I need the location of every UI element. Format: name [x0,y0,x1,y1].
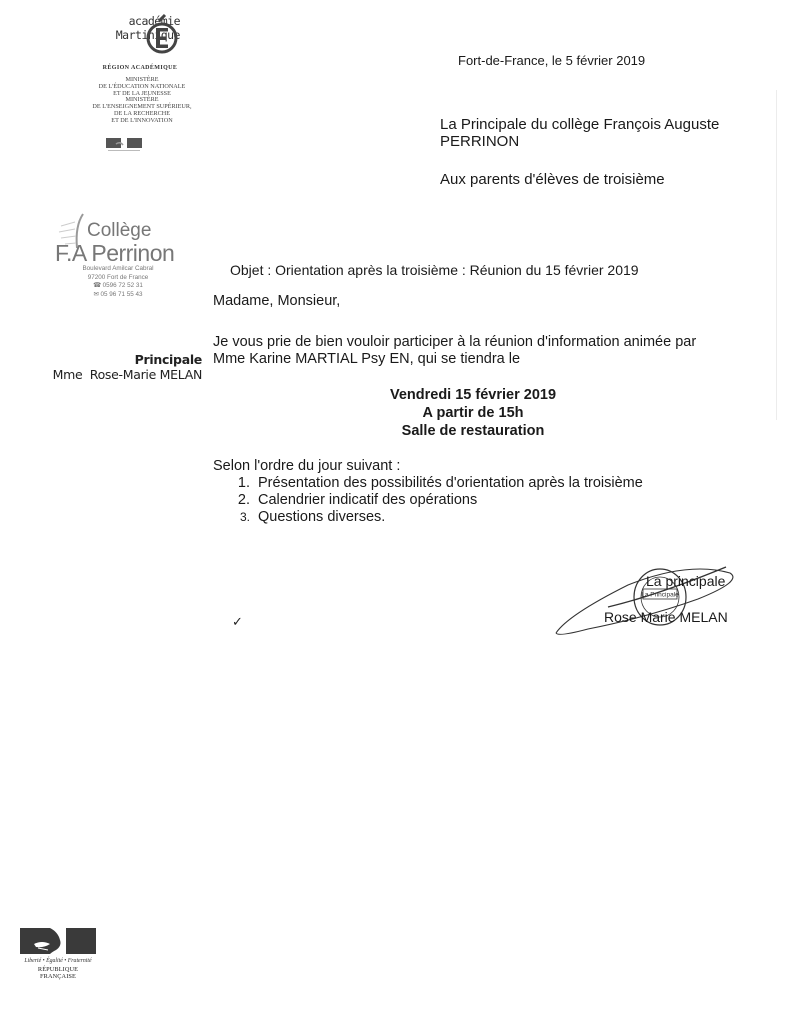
agenda-item: 3. Questions diverses. [230,509,643,526]
republic-label: RÉPUBLIQUE FRANÇAISE [20,966,96,980]
body-line: Je vous prie de bien vouloir participer … [213,334,783,351]
principal-title: Principale [100,352,202,367]
sender-block: La Principale du collège François August… [440,116,719,150]
agenda-text: Calendrier indicatif des opérations [258,492,477,508]
scan-edge-line [776,90,777,420]
address-fax: ✉ 05 96 71 55 43 [68,291,168,300]
signature-name: Rose Marie MELAN [604,609,728,625]
marianne-logo-icon [20,928,96,956]
signature-title: La principale [646,573,725,589]
body-line: Mme Karine MARTIAL Psy EN, qui se tiendr… [213,351,783,368]
agenda-number: 1. [234,475,250,492]
agenda-text: Présentation des possibilités d'orientat… [258,475,643,491]
body-paragraph: Je vous prie de bien vouloir participer … [213,334,783,368]
event-place: Salle de restauration [213,422,733,440]
academy-e-logo-icon [146,12,178,56]
signature-stamp-icon: La Principale [548,555,758,645]
check-mark-icon: ✓ [232,614,243,630]
college-name: F.A Perrinon [55,240,174,267]
place-date: Fort-de-France, le 5 février 2019 [458,53,645,68]
event-details: Vendredi 15 février 2019 A partir de 15h… [213,386,733,440]
agenda-text: Questions diverses. [258,509,385,525]
marianne-small-logo-icon [106,138,142,152]
agenda-item: 1. Présentation des possibilités d'orien… [230,475,643,492]
agenda-number: 3. [234,509,250,526]
principal-name: Mme Rose-Marie MELAN [30,367,202,382]
region-academique-label: RÉGION ACADÉMIQUE [70,65,210,71]
sender-line2: PERRINON [440,133,719,150]
agenda-list: 1. Présentation des possibilités d'orien… [230,475,643,526]
agenda-intro: Selon l'ordre du jour suivant : [213,458,400,474]
college-address: Boulevard Amilcar Cabral 97200 Fort de F… [68,265,168,299]
ministry-line: ET DE L'INNOVATION [62,118,222,125]
agenda-item: 2. Calendrier indicatif des opérations [230,492,643,509]
republic-motto: Liberté • Égalité • Fraternité [20,958,96,964]
event-time: A partir de 15h [213,404,733,422]
address-street: Boulevard Amilcar Cabral [68,265,168,274]
agenda-number: 2. [234,492,250,509]
svg-text:La Principale: La Principale [641,592,679,599]
address-phone: ☎ 0596 72 52 31 [68,282,168,291]
salutation: Madame, Monsieur, [213,293,340,309]
ministry-lines: MINISTÈRE DE L'ÉDUCATION NATIONALE ET DE… [62,77,222,125]
college-word: Collège [87,220,151,242]
address-city: 97200 Fort de France [68,274,168,283]
subject-line: Objet : Orientation après la troisième :… [230,262,639,278]
event-date: Vendredi 15 février 2019 [213,386,733,404]
recipient: Aux parents d'élèves de troisième [440,171,665,188]
sender-line1: La Principale du collège François August… [440,116,719,133]
